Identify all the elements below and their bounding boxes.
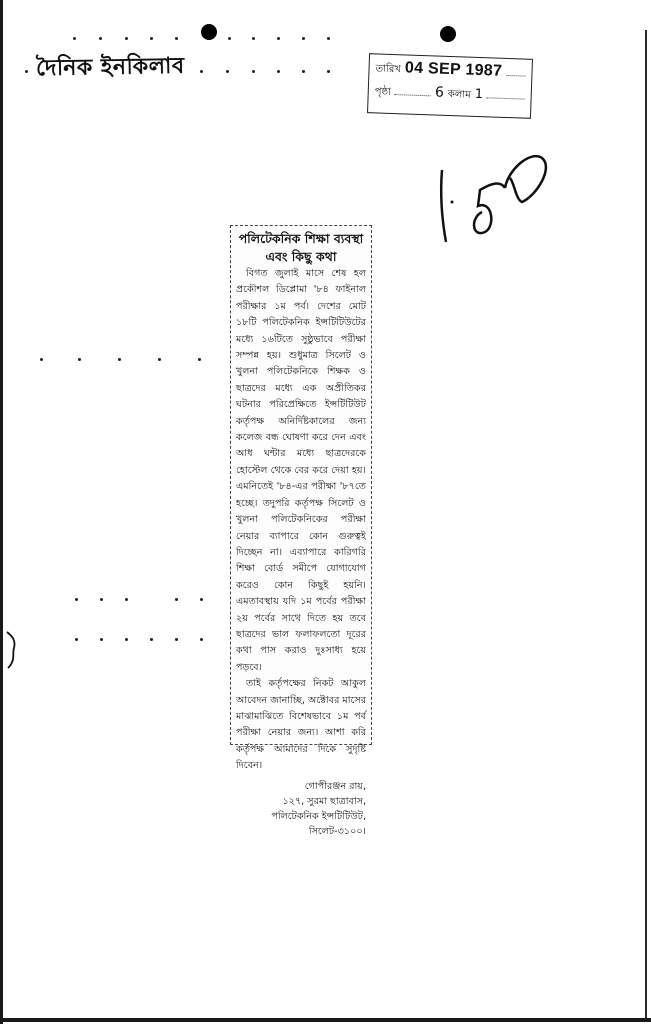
- guide-dot: [226, 70, 229, 73]
- punch-hole-right: [440, 26, 456, 42]
- guide-dot: [118, 358, 121, 361]
- guide-dot: [25, 70, 28, 73]
- stamp-fill-line: [506, 67, 526, 77]
- guide-dot: [200, 598, 203, 601]
- newspaper-clipping: পলিটেকনিক শিক্ষা ব্যবস্থা এবং কিছু কথা ব…: [230, 225, 372, 745]
- margin-bracket-mark: [4, 630, 18, 670]
- guide-dot: [277, 70, 280, 73]
- stamp-column-label: কলাম: [447, 87, 470, 105]
- guide-dot: [78, 358, 81, 361]
- guide-dot: [327, 37, 330, 40]
- guide-dot: [150, 37, 153, 40]
- date-stamp: তারিখ 04 SEP 1987 পৃষ্ঠা 6 কলাম 1: [367, 53, 533, 119]
- guide-dot: [99, 37, 102, 40]
- clipping-paragraph: বিগত জুলাই মাসে শেষ হল প্রকৌশল ডিপ্লোমা …: [236, 266, 366, 676]
- guide-dot: [175, 598, 178, 601]
- guide-dot: [302, 37, 305, 40]
- clipping-paragraph: তাই কর্তৃপক্ষের নিকট আকুল আবেদন জানাচ্ছি…: [236, 676, 366, 774]
- guide-dot: [200, 70, 203, 73]
- clipping-headline: পলিটেকনিক শিক্ষা ব্যবস্থা এবং কিছু কথা: [236, 230, 366, 266]
- stamp-page-value: 6: [435, 84, 444, 100]
- page-edge-left: [0, 0, 3, 1024]
- stamp-column-value: 1: [474, 87, 483, 102]
- guide-dot: [125, 598, 128, 601]
- guide-dot: [228, 37, 231, 40]
- page-edge-bottom: [0, 1018, 651, 1022]
- guide-dot: [252, 37, 255, 40]
- guide-dot: [252, 70, 255, 73]
- stamp-date-value: 04 SEP 1987: [405, 59, 503, 80]
- handwritten-page-number: [430, 140, 560, 250]
- stamp-page-label: পৃষ্ঠা: [374, 84, 391, 102]
- stamp-fill-line: [395, 86, 431, 96]
- guide-dot: [277, 37, 280, 40]
- guide-dot: [75, 598, 78, 601]
- guide-dot: [150, 638, 153, 641]
- guide-dot: [75, 638, 78, 641]
- guide-dot: [302, 70, 305, 73]
- signature-address: পলিটেকনিক ইন্সটিটিউট,: [236, 809, 366, 824]
- guide-dot: [175, 37, 178, 40]
- newspaper-name: দৈনিক ইনকিলাব: [36, 49, 185, 89]
- signature-address: সিলেট-৩১০০।: [236, 824, 366, 839]
- stamp-fill-line: [487, 89, 525, 99]
- guide-dot: [100, 638, 103, 641]
- guide-dot: [100, 598, 103, 601]
- guide-dot: [125, 37, 128, 40]
- signature-address: ১২৭, সুরমা ছাত্রাবাস,: [236, 794, 366, 809]
- punch-hole-left: [201, 24, 217, 40]
- guide-dot: [73, 37, 76, 40]
- signature-name: গোপীরঞ্জন রায়,: [236, 779, 366, 794]
- guide-dot: [327, 70, 330, 73]
- stamp-date-label: তারিখ: [375, 61, 401, 79]
- guide-dot: [198, 358, 201, 361]
- page-edge-right: [645, 30, 647, 1020]
- guide-dot: [175, 638, 178, 641]
- guide-dot: [40, 358, 43, 361]
- guide-dot: [125, 638, 128, 641]
- guide-dot: [200, 638, 203, 641]
- guide-dot: [158, 358, 161, 361]
- clipping-signature: গোপীরঞ্জন রায়, ১২৭, সুরমা ছাত্রাবাস, পল…: [236, 779, 366, 839]
